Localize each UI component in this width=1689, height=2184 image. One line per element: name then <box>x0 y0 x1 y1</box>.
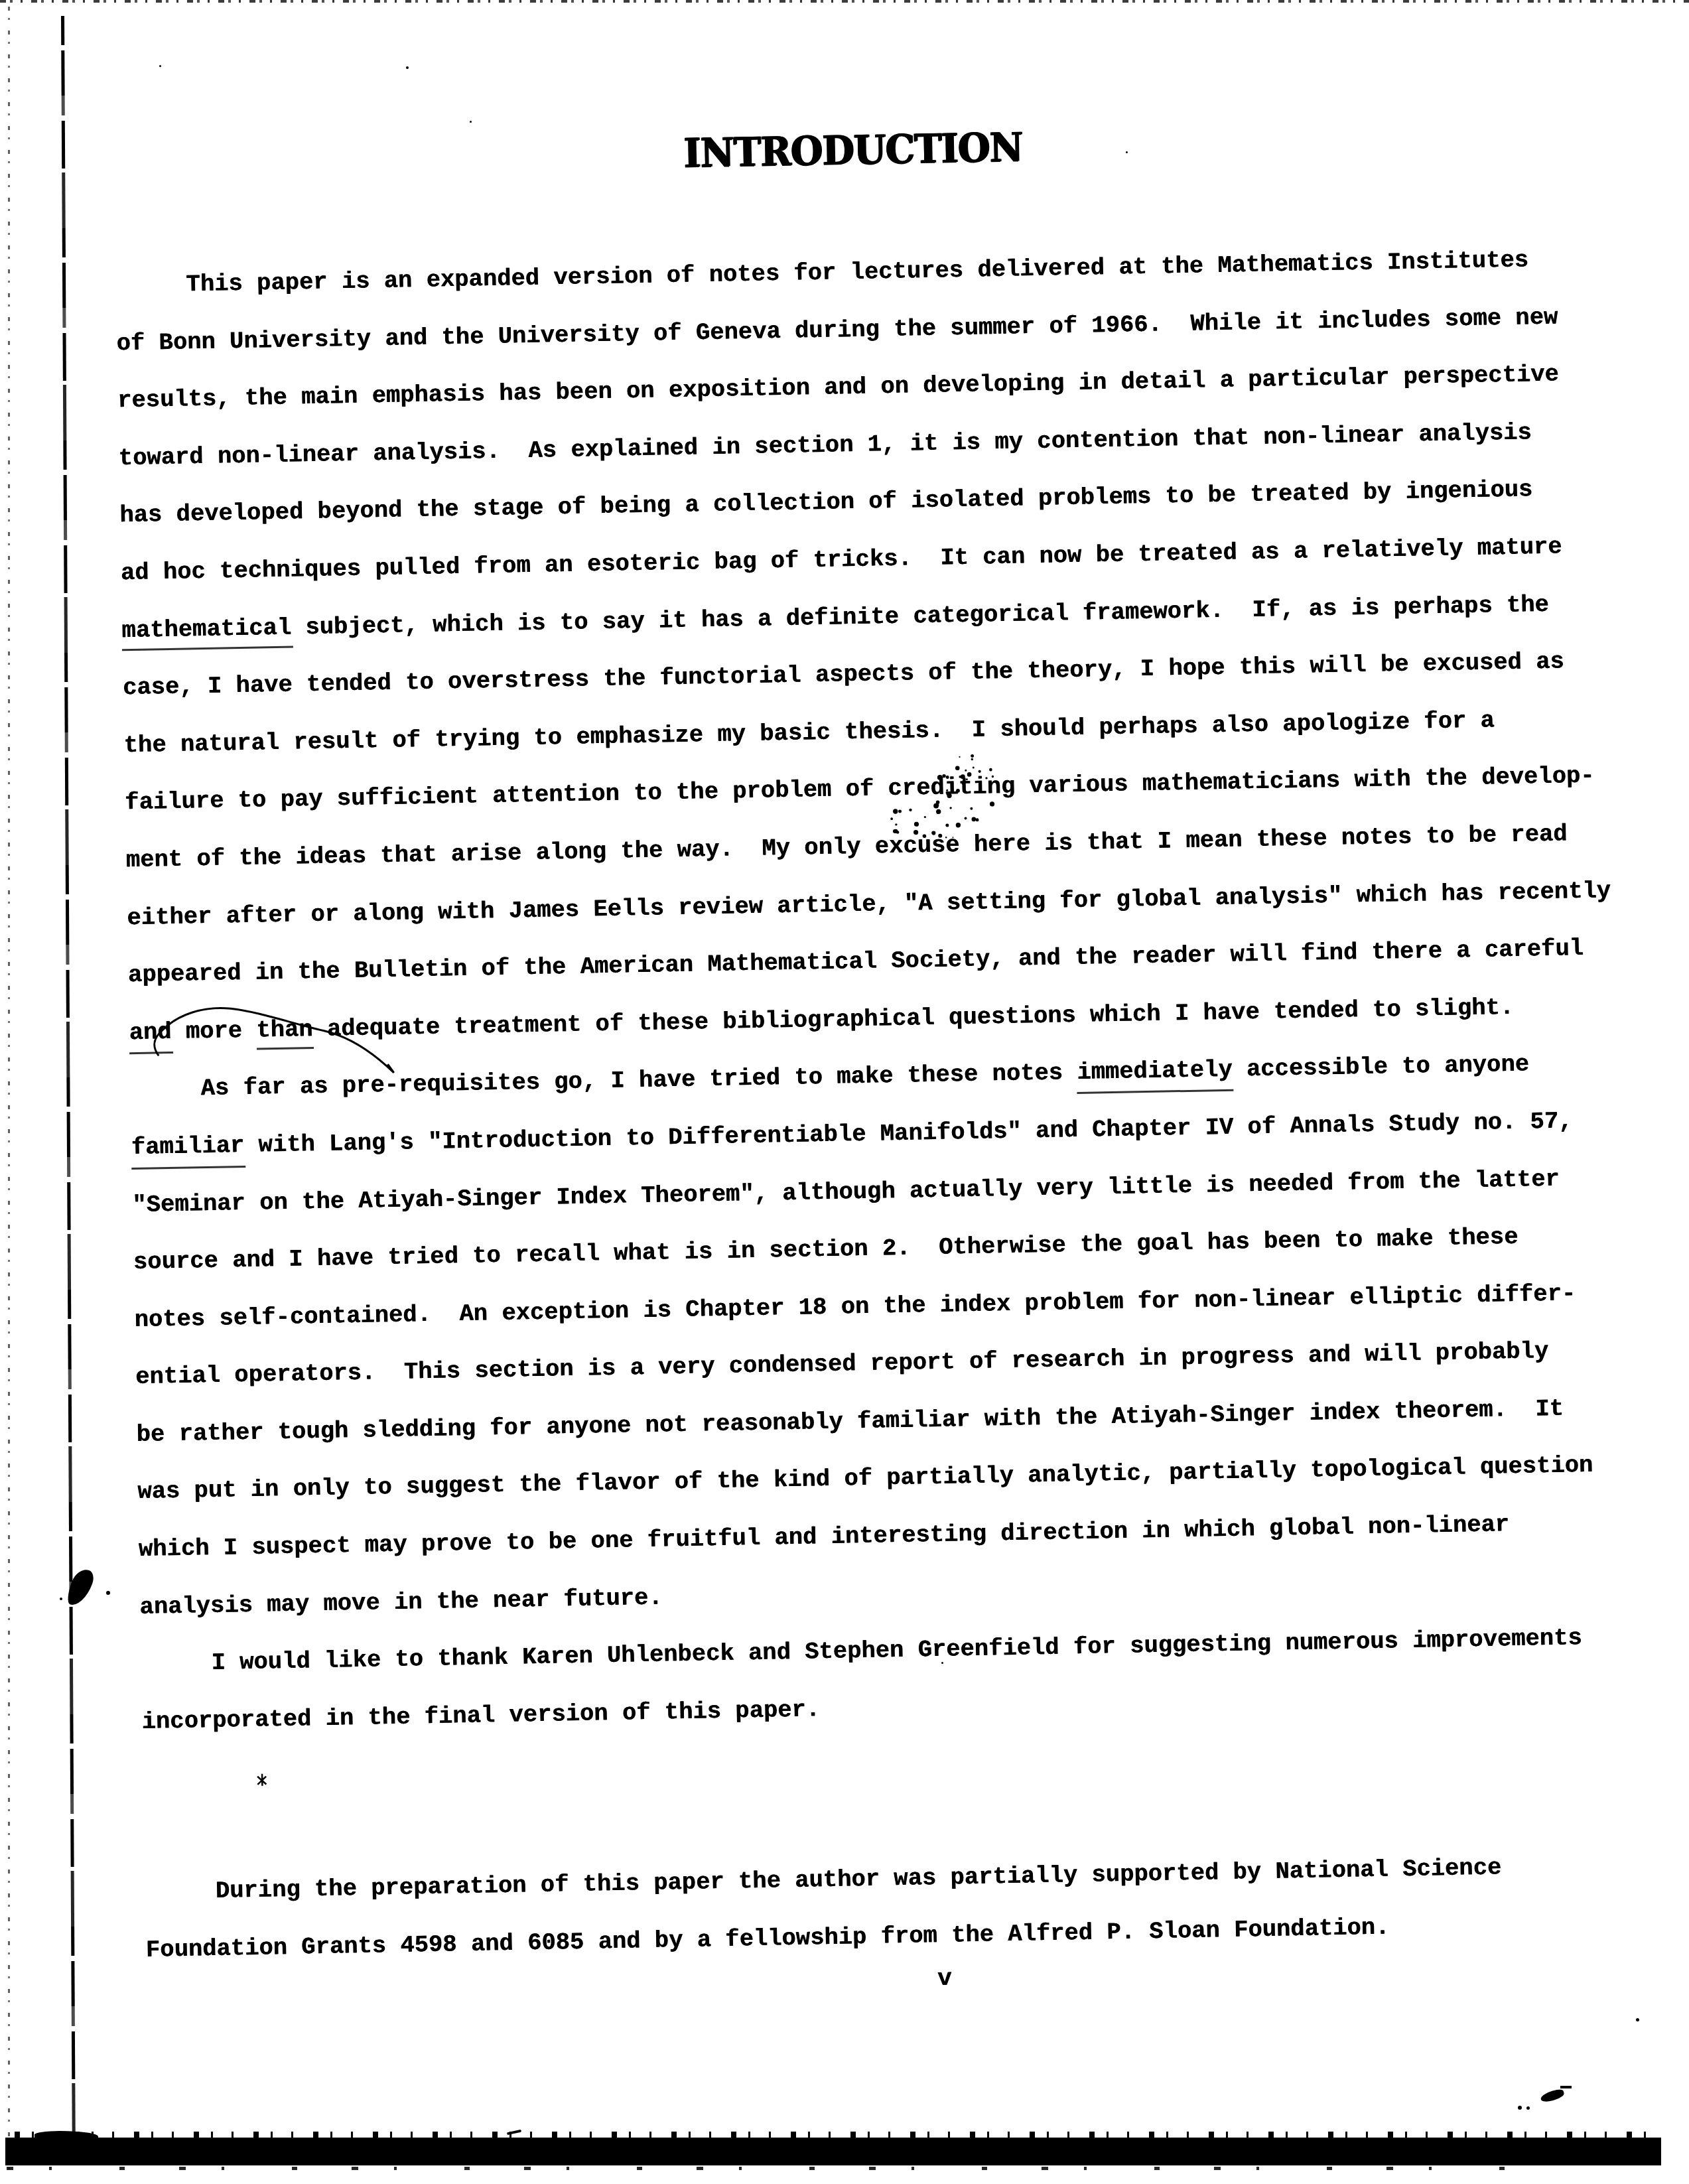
scan-speck <box>106 1591 110 1595</box>
scan-bar-under-dashes <box>7 2167 1546 2170</box>
scan-speck <box>941 1662 943 1664</box>
ink-asterisk-mark <box>257 1774 266 1786</box>
typewritten-block: INTRODUCTION This paper is an expanded v… <box>110 0 1669 2184</box>
scan-spine-line <box>61 16 76 2139</box>
pen-dash-mark <box>1560 2086 1572 2088</box>
scanned-page: { "colors": { "ink": "#000000", "paper":… <box>0 0 1689 2184</box>
scan-speck <box>60 1598 62 1600</box>
ink-smudges <box>889 754 995 839</box>
scan-speck <box>1126 151 1128 153</box>
scan-speck <box>406 66 409 69</box>
scan-bar-bump <box>34 2131 98 2140</box>
pen-arc-mark <box>154 1005 394 1077</box>
scan-speck <box>1526 2106 1530 2110</box>
scan-bottom-bar <box>5 2138 1661 2165</box>
scan-speck <box>470 121 472 123</box>
scan-speck <box>1518 2106 1522 2110</box>
scan-left-dotted-edge <box>8 7 10 2175</box>
scan-speck <box>1636 2018 1639 2021</box>
pen-marks-layer <box>110 0 1669 2184</box>
scan-speck <box>159 65 161 67</box>
